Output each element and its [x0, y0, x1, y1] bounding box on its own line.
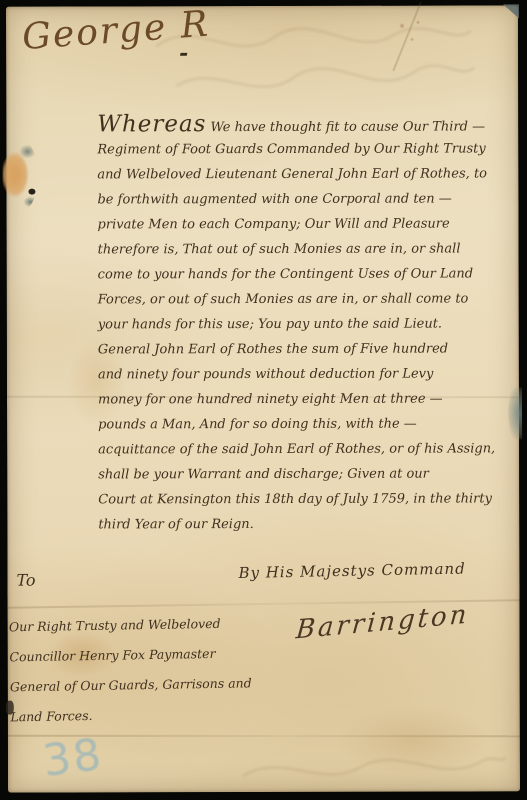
body-line: and ninety four pounds without deduction…: [98, 361, 514, 387]
body-line: Court at Kensington this 18th day of Jul…: [98, 486, 514, 512]
body-line: pounds a Man, And for so doing this, wit…: [98, 411, 514, 437]
body-line: money for one hundred ninety eight Men a…: [98, 386, 514, 412]
body-line: therefore is, That out of such Monies as…: [98, 236, 514, 262]
document-scan: George R - WhereasWe have thought fit to…: [0, 0, 527, 800]
body-line: your hands for this use; You pay unto th…: [98, 311, 514, 337]
to-label: To: [16, 571, 35, 590]
body-line: acquittance of the said John Earl of Rot…: [98, 436, 514, 462]
command-line: By His Majestys Command: [238, 559, 466, 582]
lead-word: Whereas: [97, 111, 206, 137]
signature-dash: -: [179, 40, 188, 66]
body-line: be forthwith augmented with one Corporal…: [97, 186, 513, 212]
address-block: Our Right Trusty and Welbeloved Councill…: [9, 608, 253, 732]
body-line: shall be your Warrant and discharge; Giv…: [98, 461, 514, 487]
paper: George R - WhereasWe have thought fit to…: [6, 5, 520, 792]
address-line: Our Right Trusty and Welbeloved: [9, 608, 251, 642]
body-line: General John Earl of Rothes the sum of F…: [98, 336, 514, 362]
paper-damage-patch: [2, 139, 38, 211]
address-line: General of Our Guards, Garrisons and: [10, 668, 252, 702]
body-line: third Year of our Reign.: [98, 511, 514, 537]
body-line: come to your hands for the Contingent Us…: [98, 261, 514, 287]
address-line: Land Forces.: [10, 698, 252, 732]
ink-speckles: [390, 16, 430, 50]
stain: [338, 705, 488, 775]
warrant-body: WhereasWe have thought fit to cause Our …: [97, 111, 514, 537]
body-line: Regiment of Foot Guards Commanded by Our…: [97, 136, 513, 162]
body-line: private Men to each Company; Our Will an…: [98, 211, 514, 237]
body-line: WhereasWe have thought fit to cause Our …: [97, 111, 513, 137]
clipped-corner: [503, 4, 519, 18]
address-line: Councillor Henry Fox Paymaster: [9, 638, 251, 672]
ink-bleedthrough: [238, 745, 508, 796]
body-line-text: We have thought fit to cause Our Third —: [210, 119, 485, 135]
fold-crease: [392, 2, 421, 71]
archive-number-stamp: 38: [40, 729, 106, 787]
body-line: Forces, or out of such Monies as are in,…: [98, 286, 514, 312]
body-line: and Welbeloved Lieutenant General John E…: [97, 161, 513, 187]
countersignature: Barrington: [295, 596, 512, 646]
